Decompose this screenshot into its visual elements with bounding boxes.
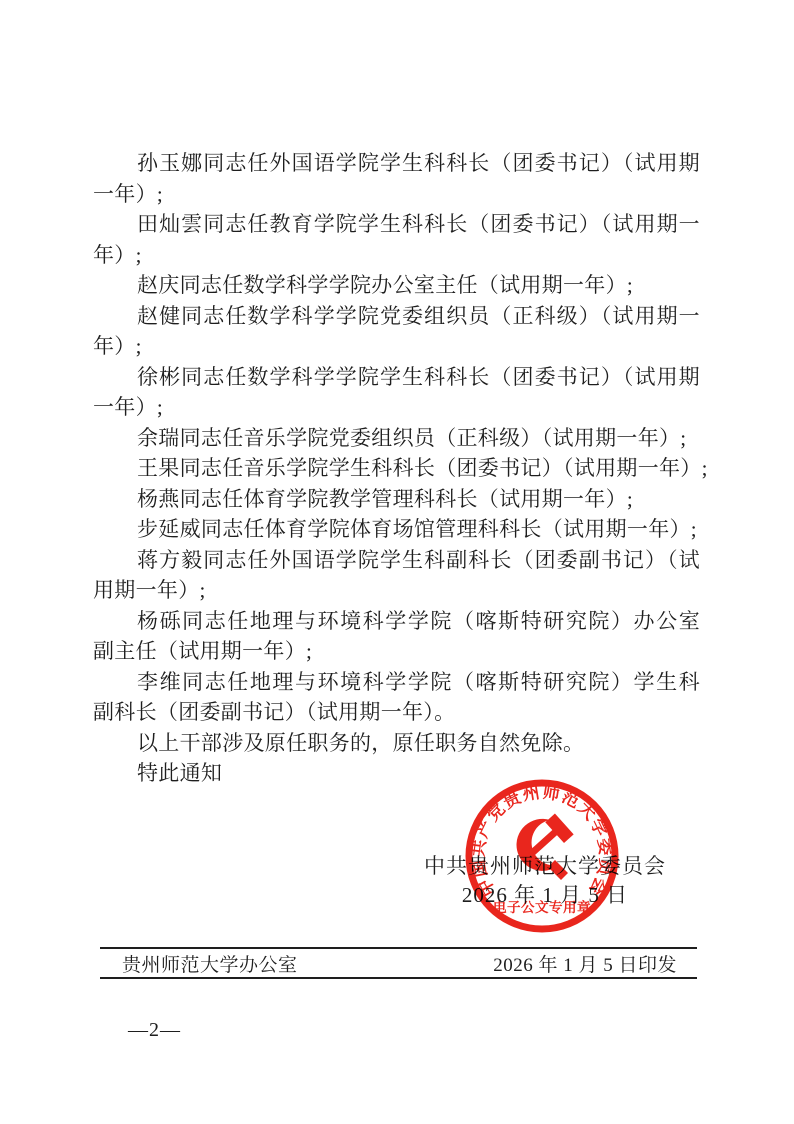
body-line: 一年）; <box>93 392 700 423</box>
body-line: 孙玉娜同志任外国语学院学生科科长（团委书记）（试用期 <box>93 148 700 179</box>
body-line: 用期一年）; <box>93 575 700 606</box>
document-page: 孙玉娜同志任外国语学院学生科科长（团委书记）（试用期 一年）; 田灿雲同志任教育… <box>0 0 794 1124</box>
body-line: 副科长（团委副书记）（试用期一年）。 <box>93 697 700 728</box>
seal-banner-text: 电子公文专用章 <box>493 899 591 915</box>
body-line: 步延威同志任体育学院体育场馆管理科科长（试用期一年）; <box>93 514 700 545</box>
body-line: 一年）; <box>93 179 700 210</box>
body-line: 余瑞同志任音乐学院党委组织员（正科级）（试用期一年）; <box>93 423 700 454</box>
footer-imprint: 贵州师范大学办公室 2026 年 1 月 5 日印发 <box>100 947 697 979</box>
body-line: 王果同志任音乐学院学生科科长（团委书记）（试用期一年）; <box>93 453 700 484</box>
footer-print-date: 2026 年 1 月 5 日印发 <box>493 950 677 977</box>
body-line: 蒋方毅同志任外国语学院学生科副科长（团委副书记）（试 <box>93 545 700 576</box>
body-line: 副主任（试用期一年）; <box>93 636 700 667</box>
page-number: —2— <box>128 1019 181 1042</box>
document-body: 孙玉娜同志任外国语学院学生科科长（团委书记）（试用期 一年）; 田灿雲同志任教育… <box>93 148 700 789</box>
footer-issuer: 贵州师范大学办公室 <box>122 950 298 977</box>
body-line: 年）; <box>93 331 700 362</box>
body-line: 李维同志任地理与环境科学学院（喀斯特研究院）学生科 <box>93 667 700 698</box>
body-line: 年）; <box>93 240 700 271</box>
body-line: 徐彬同志任数学科学学院学生科科长（团委书记）（试用期 <box>93 362 700 393</box>
body-line: 田灿雲同志任教育学院学生科科长（团委书记）（试用期一 <box>93 209 700 240</box>
body-line: 杨燕同志任体育学院教学管理科科长（试用期一年）; <box>93 484 700 515</box>
official-seal: 中国共产党贵州师范大学委员会 电子公文专用章 <box>460 774 624 938</box>
body-line: 赵庆同志任数学科学学院办公室主任（试用期一年）; <box>93 270 700 301</box>
hammer-sickle-icon <box>515 814 574 880</box>
body-line: 杨砾同志任地理与环境科学学院（喀斯特研究院）办公室 <box>93 606 700 637</box>
body-line: 赵健同志任数学科学学院党委组织员（正科级）（试用期一 <box>93 301 700 332</box>
body-line: 以上干部涉及原任职务的，原任职务自然免除。 <box>93 728 700 759</box>
